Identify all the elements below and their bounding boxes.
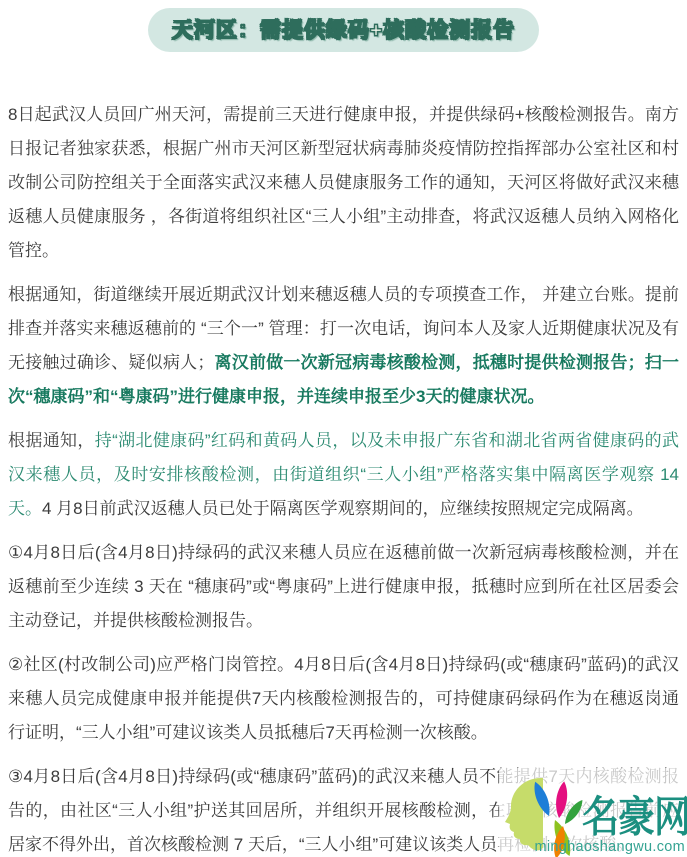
paragraph-rule-1: ①4月8日后(含4月8日)持绿码的武汉来穗人员应在返穗前做一次新冠病毒核酸检测，… [8, 536, 679, 638]
paragraph-notice-measures: 根据通知，街道继续开展近期武汉计划来穗返穗人员的专项摸查工作， 并建立台账。提前… [8, 278, 679, 414]
page-title: 天河区：需提供绿码+核酸检测报告 [172, 19, 515, 42]
paragraph-rule-2-text: ②社区(村改制公司)应严格门岗管控。4月8日后(含4月8日)持绿码(或“穗康码”… [8, 655, 679, 742]
paragraph-rule-1-text: ①4月8日后(含4月8日)持绿码的武汉来穗人员应在返穗前做一次新冠病毒核酸检测，… [8, 543, 679, 630]
paragraph-intro: 8日起武汉人员回广州天河，需提前三天进行健康申报，并提供绿码+核酸检测报告。南方… [8, 98, 679, 268]
paragraph-3-plain-start: 根据通知， [8, 431, 95, 450]
paragraph-intro-text: 8日起武汉人员回广州天河，需提前三天进行健康申报，并提供绿码+核酸检测报告。南方… [8, 105, 679, 260]
watermark-site-name: 名豪网 [582, 782, 687, 844]
article-page: { "header": { "title": "天河区：需提供绿码+核酸检测报告… [0, 0, 687, 857]
site-watermark: 名豪网 minghaoshangwu.com [499, 768, 687, 857]
article-body: 8日起武汉人员回广州天河，需提前三天进行健康申报，并提供绿码+核酸检测报告。南方… [0, 98, 687, 857]
watermark-site-url: minghaoshangwu.com [535, 839, 686, 855]
paragraph-3-plain-end: 4 月8日前武汉返穗人员已处于隔离医学观察期间的，应继续按照规定完成隔离。 [42, 499, 644, 518]
paragraph-rule-2: ②社区(村改制公司)应严格门岗管控。4月8日后(含4月8日)持绿码(或“穗康码”… [8, 648, 679, 750]
title-banner: 天河区：需提供绿码+核酸检测报告 [0, 8, 687, 52]
title-pill: 天河区：需提供绿码+核酸检测报告 [148, 8, 539, 52]
paragraph-quarantine: 根据通知，持“湖北健康码”红码和黄码人员，以及未申报广东省和湖北省两省健康码的武… [8, 424, 679, 526]
